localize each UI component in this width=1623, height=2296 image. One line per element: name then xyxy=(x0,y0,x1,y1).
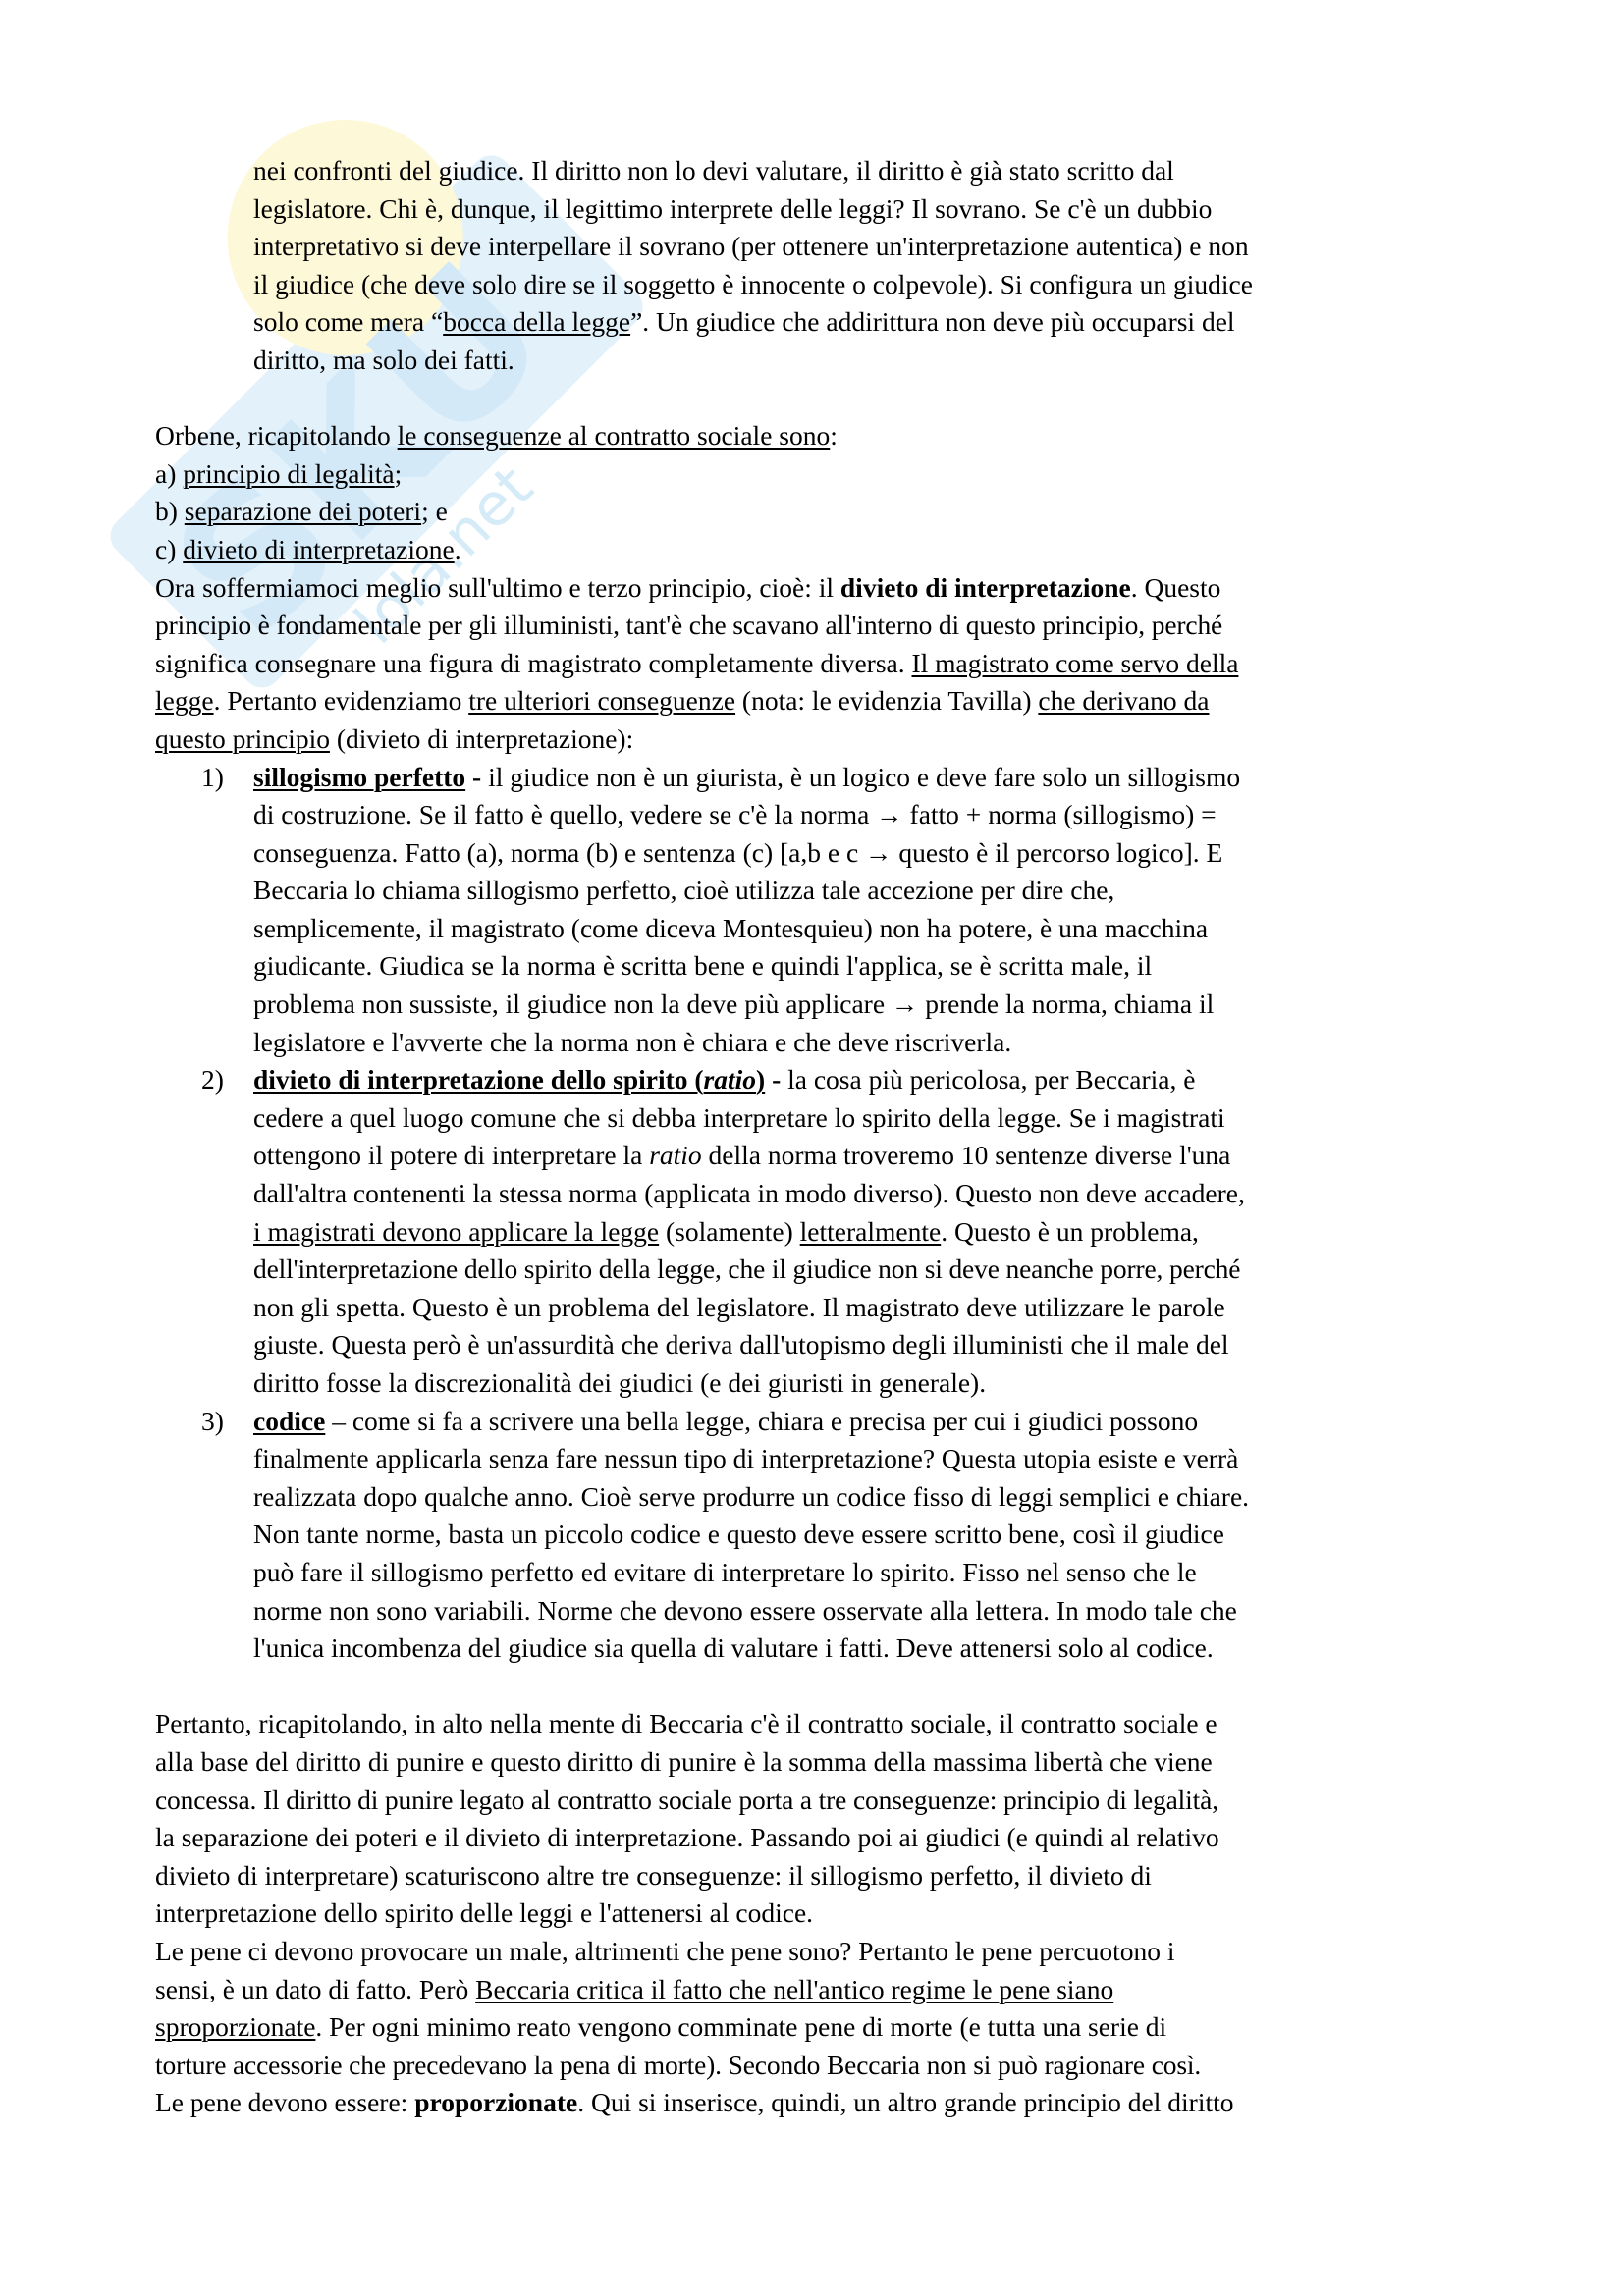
text-fragment: il giudice non è un giurista, è un logic… xyxy=(481,762,1240,792)
item-marker: b) xyxy=(155,496,185,526)
text-line: i magistrati devono applicare la legge (… xyxy=(253,1213,1481,1252)
italic-term: ratio xyxy=(704,1064,756,1095)
text-fragment: ”. Un giudice che addirittura non deve p… xyxy=(630,306,1234,337)
text-line: problema non sussiste, il giudice non la… xyxy=(253,986,1481,1024)
text-fragment: . Per ogni minimo reato vengono comminat… xyxy=(315,2011,1166,2042)
text-line: di costruzione. Se il fatto è quello, ve… xyxy=(253,796,1481,834)
underlined-phrase: che derivano da xyxy=(1038,685,1209,716)
item-marker: a) xyxy=(155,458,183,489)
text-line: interpretativo si deve interpellare il s… xyxy=(253,228,1481,266)
text-fragment: – come si fa a scrivere una bella legge,… xyxy=(325,1406,1198,1436)
text-fragment: della norma troveremo 10 sentenze divers… xyxy=(702,1140,1231,1170)
text-fragment: Orbene, ricapitolando xyxy=(155,420,398,451)
underlined-phrase: sproporzionate xyxy=(155,2011,315,2042)
text-line: interpretazione dello spirito delle legg… xyxy=(155,1895,1481,1933)
text-fragment: Ora soffermiamoci meglio sull'ultimo e t… xyxy=(155,572,840,603)
text-line: cedere a quel luogo comune che si debba … xyxy=(253,1099,1481,1138)
text-fragment: . xyxy=(455,534,461,564)
text-line: principio è fondamentale per gli illumin… xyxy=(155,607,1481,645)
text-line: conseguenza. Fatto (a), norma (b) e sent… xyxy=(253,834,1481,873)
text-line: divieto di interpretare) scaturiscono al… xyxy=(155,1857,1481,1896)
text-line: Non tante norme, basta un piccolo codice… xyxy=(253,1516,1481,1554)
text-line: giudicante. Giudica se la norma è scritt… xyxy=(253,947,1481,986)
recap-item: a) principio di legalità; xyxy=(155,455,1481,494)
text-line: sensi, è un dato di fatto. Però Beccaria… xyxy=(155,1971,1481,2009)
text-line: alla base del diritto di punire e questo… xyxy=(155,1743,1481,1782)
text-fragment: significa consegnare una figura di magis… xyxy=(155,648,911,678)
consequence-item-codice: 3) codice – come si fa a scrivere una be… xyxy=(155,1403,1481,1668)
text-line: giuste. Questa però è un'assurdità che d… xyxy=(253,1326,1481,1364)
item-number: 3) xyxy=(201,1403,224,1441)
text-fragment: la cosa più pericolosa, per Beccaria, è xyxy=(781,1064,1195,1095)
text-fragment: (divieto di interpretazione): xyxy=(330,723,633,754)
item-number: 1) xyxy=(201,759,224,797)
underlined-phrase: le conseguenze al contratto sociale sono xyxy=(398,420,831,451)
recap-section: Orbene, ricapitolando le conseguenze al … xyxy=(155,417,1481,568)
item-number: 2) xyxy=(201,1061,224,1099)
text-line: sillogismo perfetto - il giudice non è u… xyxy=(253,759,1481,797)
text-line: sproporzionate. Per ogni minimo reato ve… xyxy=(155,2008,1481,2047)
text-fragment: - xyxy=(465,762,481,792)
focus-paragraph: Ora soffermiamoci meglio sull'ultimo e t… xyxy=(155,569,1481,759)
text-line: Le pene ci devono provocare un male, alt… xyxy=(155,1933,1481,1971)
underlined-phrase: tre ulteriori conseguenze xyxy=(468,685,735,716)
consequence-item-sillogismo: 1) sillogismo perfetto - il giudice non … xyxy=(155,759,1481,1062)
text-line: semplicemente, il magistrato (come dicev… xyxy=(253,910,1481,948)
underlined-phrase: separazione dei poteri xyxy=(185,496,421,526)
text-line: divieto di interpretazione dello spirito… xyxy=(253,1061,1481,1099)
recap-item: c) divieto di interpretazione. xyxy=(155,531,1481,569)
text-line: diritto fosse la discrezionalità dei giu… xyxy=(253,1364,1481,1403)
text-line: significa consegnare una figura di magis… xyxy=(155,645,1481,683)
text-fragment: ; e xyxy=(421,496,448,526)
text-fragment: ) xyxy=(756,1064,765,1095)
document-page: SKU lola.net nei confronti del giudice. … xyxy=(0,0,1623,2296)
underlined-phrase: legge xyxy=(155,685,214,716)
text-line: dell'interpretazione dello spirito della… xyxy=(253,1251,1481,1289)
text-line: legislatore. Chi è, dunque, il legittimo… xyxy=(253,190,1481,229)
text-fragment: divieto di interpretazione dello spirito… xyxy=(253,1064,704,1095)
underlined-phrase: divieto di interpretazione xyxy=(183,534,454,564)
paragraph-spacer xyxy=(155,1668,1481,1706)
underlined-phrase: bocca della legge xyxy=(443,306,630,337)
text-line: Ora soffermiamoci meglio sull'ultimo e t… xyxy=(155,569,1481,608)
underlined-phrase: Beccaria critica il fatto che nell'antic… xyxy=(475,1974,1113,2004)
text-fragment: solo come mera “ xyxy=(253,306,443,337)
recap-heading: Orbene, ricapitolando le conseguenze al … xyxy=(155,417,1481,455)
text-line: legislatore e l'avverte che la norma non… xyxy=(253,1024,1481,1062)
text-line: questo principio (divieto di interpretaz… xyxy=(155,721,1481,759)
underlined-phrase: Il magistrato come servo della xyxy=(911,648,1238,678)
text-line: realizzata dopo qualche anno. Cioè serve… xyxy=(253,1478,1481,1517)
text-line: concessa. Il diritto di punire legato al… xyxy=(155,1782,1481,1820)
text-line: diritto, ma solo dei fatti. xyxy=(253,342,1481,380)
text-line: finalmente applicarla senza fare nessun … xyxy=(253,1440,1481,1478)
text-line: solo come mera “bocca della legge”. Un g… xyxy=(253,303,1481,342)
text-fragment: (nota: le evidenzia Tavilla) xyxy=(735,685,1038,716)
text-fragment: . Questo è un problema, xyxy=(941,1216,1199,1247)
text-fragment: (solamente) xyxy=(659,1216,800,1247)
text-fragment: - xyxy=(765,1064,781,1095)
text-line: ottengono il potere di interpretare la r… xyxy=(253,1137,1481,1175)
underlined-phrase: letteralmente xyxy=(800,1216,942,1247)
text-fragment: ottengono il potere di interpretare la xyxy=(253,1140,649,1170)
text-fragment: . Questo xyxy=(1131,572,1221,603)
penalties-paragraph: Le pene ci devono provocare un male, alt… xyxy=(155,1933,1481,2122)
text-line: il giudice (che deve solo dire se il sog… xyxy=(253,266,1481,304)
text-line: la separazione dei poteri e il divieto d… xyxy=(155,1819,1481,1857)
text-fragment: . Qui si inserisce, quindi, un altro gra… xyxy=(577,2087,1233,2117)
text-line: non gli spetta. Questo è un problema del… xyxy=(253,1289,1481,1327)
bold-phrase: proporzionate xyxy=(414,2087,577,2117)
underlined-phrase: principio di legalità xyxy=(183,458,394,489)
text-line: legge. Pertanto evidenziamo tre ulterior… xyxy=(155,682,1481,721)
paragraph-spacer xyxy=(155,380,1481,418)
text-fragment: : xyxy=(830,420,838,451)
text-line: può fare il sillogismo perfetto ed evita… xyxy=(253,1554,1481,1592)
text-line: torture accessorie che precedevano la pe… xyxy=(155,2047,1481,2085)
text-line: Beccaria lo chiama sillogismo perfetto, … xyxy=(253,872,1481,910)
recap-item: b) separazione dei poteri; e xyxy=(155,493,1481,531)
item-title: codice xyxy=(253,1406,325,1436)
intro-paragraph: nei confronti del giudice. Il diritto no… xyxy=(155,152,1481,380)
summary-paragraph: Pertanto, ricapitolando, in alto nella m… xyxy=(155,1705,1481,1933)
underlined-phrase: questo principio xyxy=(155,723,330,754)
item-title: divieto di interpretazione dello spirito… xyxy=(253,1064,765,1095)
text-line: l'unica incombenza del giudice sia quell… xyxy=(253,1629,1481,1668)
text-line: nei confronti del giudice. Il diritto no… xyxy=(253,152,1481,190)
text-line: codice – come si fa a scrivere una bella… xyxy=(253,1403,1481,1441)
text-line: Pertanto, ricapitolando, in alto nella m… xyxy=(155,1705,1481,1743)
text-fragment: ; xyxy=(395,458,403,489)
consequence-item-divieto-spirito: 2) divieto di interpretazione dello spir… xyxy=(155,1061,1481,1402)
item-title: sillogismo perfetto xyxy=(253,762,465,792)
text-line: dall'altra contenenti la stessa norma (a… xyxy=(253,1175,1481,1213)
text-fragment: . Pertanto evidenziamo xyxy=(214,685,469,716)
italic-term: ratio xyxy=(649,1140,701,1170)
text-line: Le pene devono essere: proporzionate. Qu… xyxy=(155,2084,1481,2122)
text-fragment: Le pene devono essere: xyxy=(155,2087,414,2117)
consequences-list: 1) sillogismo perfetto - il giudice non … xyxy=(155,759,1481,1668)
text-fragment: sensi, è un dato di fatto. Però xyxy=(155,1974,475,2004)
underlined-phrase: i magistrati devono applicare la legge xyxy=(253,1216,659,1247)
item-marker: c) xyxy=(155,534,183,564)
text-line: norme non sono variabili. Norme che devo… xyxy=(253,1592,1481,1630)
bold-phrase: divieto di interpretazione xyxy=(840,572,1131,603)
document-body: nei confronti del giudice. Il diritto no… xyxy=(155,152,1481,2122)
